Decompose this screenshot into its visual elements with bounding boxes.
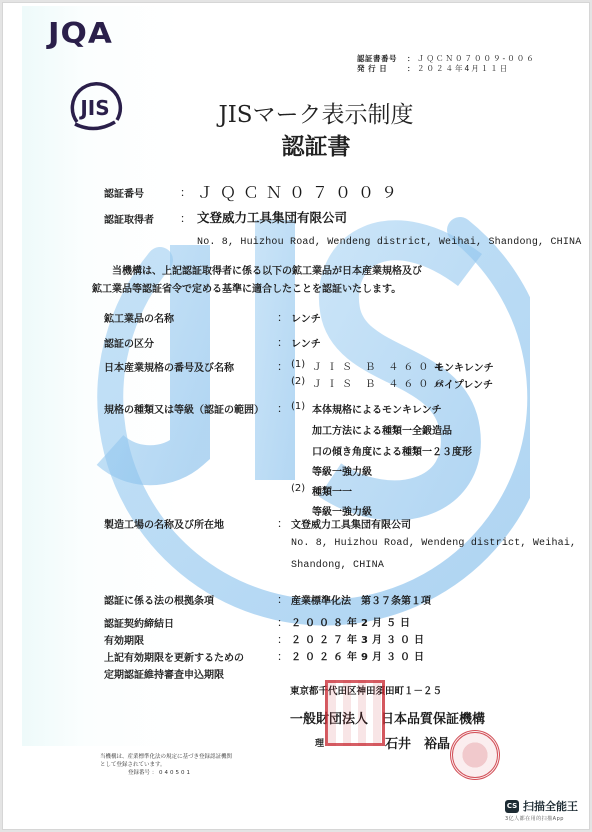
issue-date: ２０２４年4月１１日 <box>417 64 509 74</box>
factory-label: 製造工場の名称及び所在地 <box>104 516 224 531</box>
official-seal-square-icon <box>325 680 385 746</box>
statement-line-2: 鉱工業品等認証省令で定める基準に適合したことを認証いたします。 <box>92 281 512 299</box>
certificate-meta: 認証書番号 ： ＪＱＣＮ０７００９-００６ 発 行 日 ： ２０２４年4月１１日 <box>357 54 536 74</box>
law: 産業標準化法 第３７条第１項 <box>291 592 431 607</box>
colon: ： <box>277 334 288 350</box>
holder-label: 認証取得者 <box>104 211 154 226</box>
expiry-label: 有効期限 <box>104 632 144 647</box>
issue-date-label: 発 行 日 <box>357 64 407 74</box>
contract-date: ２００８年2月５日 <box>291 614 414 629</box>
colon: ： <box>277 400 288 416</box>
cert-doc-no: ＪＱＣＮ０７００９-００６ <box>417 54 536 64</box>
renewal-label-line-1: 上記有効期限を更新するための <box>104 649 244 664</box>
category-label: 認証の区分 <box>104 335 154 350</box>
factory-name: 文登威力工具集団有限公司 <box>291 516 411 531</box>
colon: ： <box>277 591 288 607</box>
scope-2-line-1: 種類一一 <box>312 483 352 498</box>
contract-date-label: 認証契約締結日 <box>104 615 174 630</box>
page-subtitle: 認証書 <box>0 128 592 161</box>
scope-1-idx: (1) <box>291 401 305 412</box>
renewal-deadline: ２０２６年9月３０日 <box>291 648 428 663</box>
holder-name: 文登威力工具集団有限公司 <box>197 208 347 226</box>
scanner-app-name: 扫描全能王 <box>523 798 578 814</box>
colon: ： <box>277 515 288 531</box>
colon: ： <box>277 631 288 647</box>
colon: ： <box>277 648 288 664</box>
law-label: 認証に係る法の根拠条項 <box>104 592 214 607</box>
product-name-label: 鉱工業品の名称 <box>104 310 174 325</box>
cert-number-label: 認証番号 <box>104 185 144 200</box>
renewal-label-line-2: 定期認証維持審査申込期限 <box>104 666 224 681</box>
jqa-logo: JQA <box>48 17 113 50</box>
cert-number: ＪＱＣＮ０７００９ <box>197 180 404 203</box>
scanner-app-tagline: 3亿人都在用的扫描App <box>505 815 564 822</box>
scope-1-line-2: 加工方法による種類一全鍛造品 <box>312 422 452 437</box>
scope-1-line-1: 本体規格によるモンキレンチ <box>312 401 442 416</box>
colon: ： <box>277 614 288 630</box>
scope-1-line-4: 等級一強力級 <box>312 463 372 478</box>
registration-label: 登録番号 <box>128 770 150 776</box>
scope-2-idx: (2) <box>291 483 305 494</box>
scope-1-line-3: 口の傾き角度による種類一２３度形 <box>312 443 472 458</box>
signatory-title: 理 <box>315 736 324 749</box>
expiry-date: ２０２７年3月３０日 <box>291 631 428 646</box>
standard-1-idx: (1) <box>291 359 305 370</box>
standard-label: 日本産業規格の番号及び名称 <box>104 359 234 374</box>
page-title: JISマーク表示制度 <box>0 96 592 129</box>
footnote-line-2: として登録されています。 <box>100 761 232 769</box>
category: レンチ <box>291 335 321 350</box>
factory-address-1: No. 8, Huizhou Road, Wendeng district, W… <box>291 538 576 549</box>
scanner-app-badge: CS 扫描全能王 <box>505 798 578 814</box>
scope-label: 規格の種類又は等級（認証の範囲） <box>104 401 264 416</box>
registration-footnote: 当機構は、産業標準化法の規定に基づき登録認証機関 として登録されています。 登録… <box>100 753 232 777</box>
camscanner-icon: CS <box>505 800 519 813</box>
standard-1-name: モンキレンチ <box>434 359 494 374</box>
signatory-name: 石井 裕晶 <box>385 733 450 752</box>
colon: ： <box>180 184 191 200</box>
colon: ： <box>407 54 417 64</box>
standard-1-code: ＪＩＳ Ｂ ４６０４ <box>312 358 448 373</box>
holder-address: No. 8, Huizhou Road, Wendeng district, W… <box>197 237 581 248</box>
colon: ： <box>152 770 158 776</box>
product-name: レンチ <box>291 310 321 325</box>
standard-2-idx: (2) <box>291 376 305 387</box>
cert-doc-no-label: 認証書番号 <box>357 54 407 64</box>
statement-line-1: 当機構は、上記認証取得者に係る以下の鉱工業品が日本産業規格及び <box>92 263 512 281</box>
colon: ： <box>407 64 417 74</box>
certification-statement: 当機構は、上記認証取得者に係る以下の鉱工業品が日本産業規格及び 鉱工業品等認証省… <box>92 263 512 299</box>
issuer-organization: 一般財団法人 日本品質保証機構 <box>290 708 485 727</box>
factory-address-2: Shandong, CHINA <box>291 560 384 571</box>
standard-2-name: パイプレンチ <box>434 376 493 391</box>
official-seal-round-icon <box>450 730 500 780</box>
colon: ： <box>180 210 191 226</box>
colon: ： <box>277 358 288 374</box>
colon: ： <box>277 309 288 325</box>
registration-number: 040501 <box>159 770 192 776</box>
standard-2-code: ＪＩＳ Ｂ ４６０６ <box>312 375 448 390</box>
footnote-line-1: 当機構は、産業標準化法の規定に基づき登録認証機関 <box>100 753 232 761</box>
